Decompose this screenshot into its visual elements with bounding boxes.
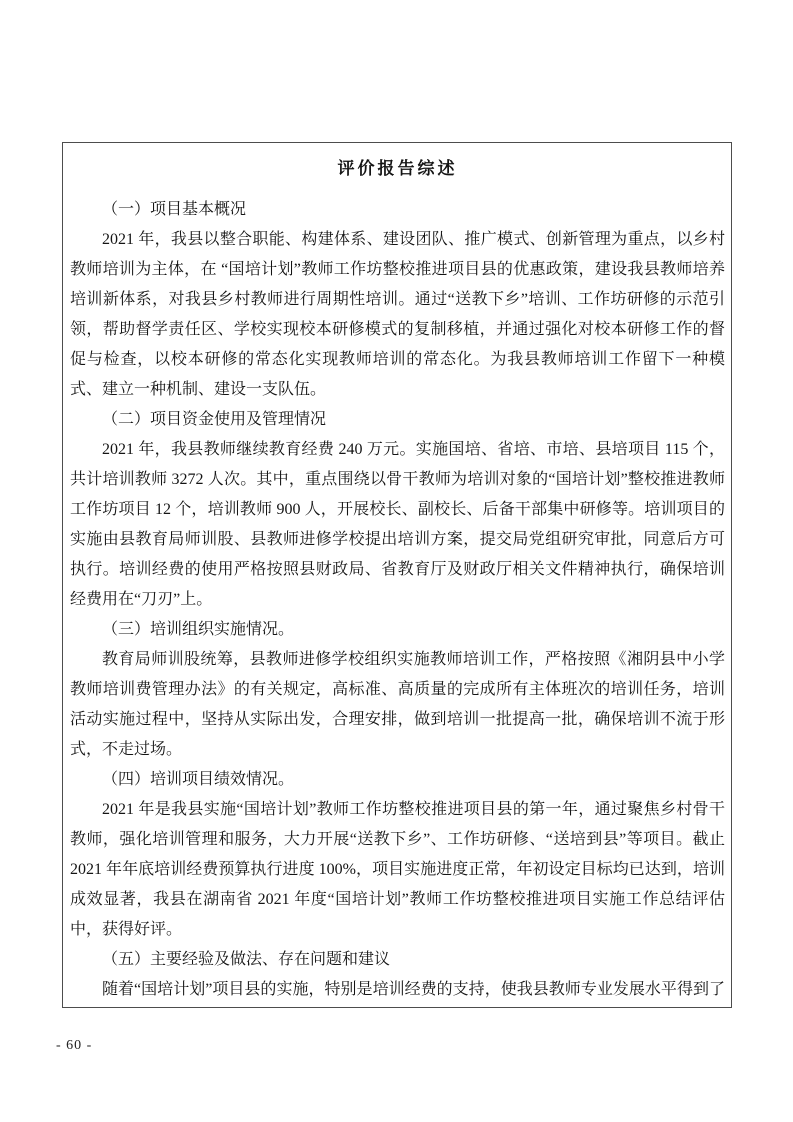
- section-3: （三）培训组织实施情况。 教育局师训股统筹，县教师进修学校组织实施教师培训工作，…: [70, 615, 725, 765]
- section-heading: （三）培训组织实施情况。: [70, 615, 725, 645]
- page-number: - 60 -: [56, 1038, 92, 1054]
- section-paragraph: 2021 年，我县教师继续教育经费 240 万元。实施国培、省培、市培、县培项目…: [70, 435, 725, 615]
- section-heading: （四）培训项目绩效情况。: [70, 765, 725, 795]
- page-title: 评价报告综述: [70, 156, 725, 182]
- section-paragraph: 2021 年，我县以整合职能、构建体系、建设团队、推广模式、创新管理为重点，以乡…: [70, 225, 725, 405]
- document-page: 评价报告综述 （一）项目基本概况 2021 年，我县以整合职能、构建体系、建设团…: [0, 0, 793, 1122]
- section-5: （五）主要经验及做法、存在问题和建议 随着“国培计划”项目县的实施，特别是培训经…: [70, 945, 725, 1008]
- section-heading: （五）主要经验及做法、存在问题和建议: [70, 945, 725, 975]
- section-1: （一）项目基本概况 2021 年，我县以整合职能、构建体系、建设团队、推广模式、…: [70, 195, 725, 405]
- report-box: 评价报告综述 （一）项目基本概况 2021 年，我县以整合职能、构建体系、建设团…: [62, 142, 732, 1008]
- section-2: （二）项目资金使用及管理情况 2021 年，我县教师继续教育经费 240 万元。…: [70, 405, 725, 615]
- section-paragraph: 随着“国培计划”项目县的实施，特别是培训经费的支持，使我县教师专业发展水平得到了…: [70, 975, 725, 1008]
- section-4: （四）培训项目绩效情况。 2021 年是我县实施“国培计划”教师工作坊整校推进项…: [70, 765, 725, 945]
- section-paragraph: 教育局师训股统筹，县教师进修学校组织实施教师培训工作，严格按照《湘阴县中小学教师…: [70, 645, 725, 765]
- section-paragraph: 2021 年是我县实施“国培计划”教师工作坊整校推进项目县的第一年，通过聚焦乡村…: [70, 795, 725, 945]
- section-heading: （二）项目资金使用及管理情况: [70, 405, 725, 435]
- section-heading: （一）项目基本概况: [70, 195, 725, 225]
